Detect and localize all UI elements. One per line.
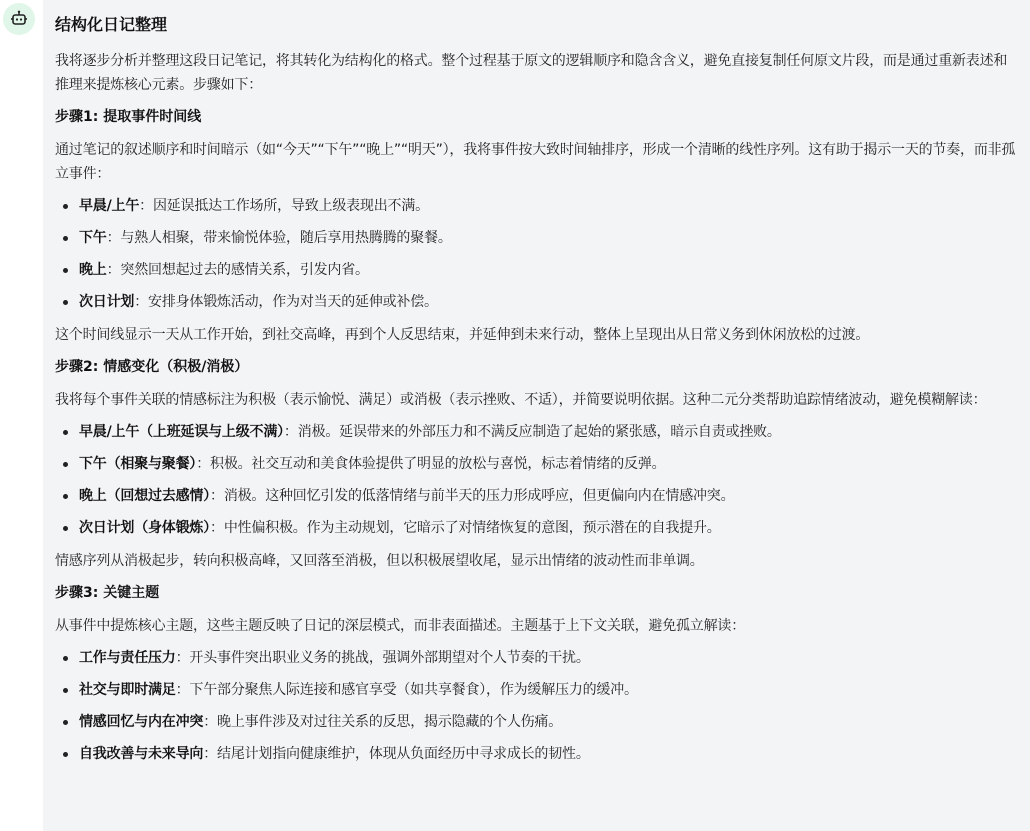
item-label: 自我改善与未来导向 xyxy=(79,746,203,762)
bullet-icon xyxy=(63,268,68,273)
item-sep: ： xyxy=(107,230,121,246)
item-text: 下午部分聚焦人际连接和感官享受（如共享餐食），作为缓解压力的缓冲。 xyxy=(189,682,637,698)
list-item: 下午：与熟人相聚，带来愉悦体验，随后享用热腾腾的聚餐。 xyxy=(55,227,1018,249)
message-intro: 我将逐步分析并整理这段日记笔记，将其转化为结构化的格式。整个过程基于原文的逻辑顺… xyxy=(55,49,1018,97)
item-sep: ： xyxy=(210,520,224,536)
assistant-message: 结构化日记整理 我将逐步分析并整理这段日记笔记，将其转化为结构化的格式。整个过程… xyxy=(43,0,1030,831)
step-2-heading: 步骤2: 情感变化（积极/消极） xyxy=(55,356,1018,378)
step-3-intro: 从事件中提炼核心主题，这些主题反映了日记的深层模式，而非表面描述。主题基于上下文… xyxy=(55,614,1018,638)
bullet-icon xyxy=(63,430,68,435)
robot-icon xyxy=(10,10,28,28)
assistant-avatar xyxy=(3,3,35,35)
item-sep: ： xyxy=(284,424,298,440)
bullet-icon xyxy=(63,494,68,499)
list-item: 晚上：突然回想起过去的感情关系，引发内省。 xyxy=(55,259,1018,281)
step-3-heading: 步骤3: 关键主题 xyxy=(55,582,1018,604)
item-label: 早晨/上午（上班延误与上级不满） xyxy=(79,424,284,440)
list-item: 自我改善与未来导向：结尾计划指向健康维护，体现从负面经历中寻求成长的韧性。 xyxy=(55,743,1018,765)
item-text: 安排身体锻炼活动，作为对当天的延伸或补偿。 xyxy=(148,294,438,310)
item-text: 中性偏积极。作为主动规划，它暗示了对情绪恢复的意图，预示潜在的自我提升。 xyxy=(224,520,721,536)
item-text: 积极。社交互动和美食体验提供了明显的放松与喜悦，标志着情绪的反弹。 xyxy=(210,456,665,472)
list-item: 次日计划：安排身体锻炼活动，作为对当天的延伸或补偿。 xyxy=(55,291,1018,313)
item-label: 工作与责任压力 xyxy=(79,650,176,666)
item-text: 因延误抵达工作场所，导致上级表现出不满。 xyxy=(153,198,429,214)
bullet-icon xyxy=(63,720,68,725)
list-item: 社交与即时满足：下午部分聚焦人际连接和感官享受（如共享餐食），作为缓解压力的缓冲… xyxy=(55,679,1018,701)
item-label: 下午（相聚与聚餐） xyxy=(79,456,196,472)
item-label: 次日计划（身体锻炼） xyxy=(79,520,210,536)
list-item: 下午（相聚与聚餐）：积极。社交互动和美食体验提供了明显的放松与喜悦，标志着情绪的… xyxy=(55,453,1018,475)
step-2-summary: 情感序列从消极起步，转向积极高峰，又回落至消极，但以积极展望收尾，显示出情绪的波… xyxy=(55,549,1018,573)
item-label: 下午 xyxy=(79,230,107,246)
item-label: 早晨/上午 xyxy=(79,198,139,214)
step-1-summary: 这个时间线显示一天从工作开始，到社交高峰，再到个人反思结束，并延伸到未来行动，整… xyxy=(55,323,1018,347)
list-item: 早晨/上午（上班延误与上级不满）：消极。延误带来的外部压力和不满反应制造了起始的… xyxy=(55,421,1018,443)
item-text: 消极。这种回忆引发的低落情绪与前半天的压力形成呼应，但更偏向内在情感冲突。 xyxy=(224,488,735,504)
step-3-list: 工作与责任压力：开头事件突出职业义务的挑战，强调外部期望对个人节奏的干扰。 社交… xyxy=(55,647,1018,765)
item-text: 突然回想起过去的感情关系，引发内省。 xyxy=(120,262,368,278)
bullet-icon xyxy=(63,236,68,241)
item-label: 情感回忆与内在冲突 xyxy=(79,714,203,730)
item-sep: ： xyxy=(196,456,210,472)
item-label: 晚上 xyxy=(79,262,107,278)
item-sep: ： xyxy=(203,746,217,762)
item-text: 结尾计划指向健康维护，体现从负面经历中寻求成长的韧性。 xyxy=(217,746,590,762)
step-1-heading: 步骤1: 提取事件时间线 xyxy=(55,106,1018,128)
step-2-list: 早晨/上午（上班延误与上级不满）：消极。延误带来的外部压力和不满反应制造了起始的… xyxy=(55,421,1018,539)
item-sep: ： xyxy=(176,682,190,698)
item-sep: ： xyxy=(134,294,148,310)
bullet-icon xyxy=(63,462,68,467)
item-sep: ： xyxy=(139,198,153,214)
item-label: 次日计划 xyxy=(79,294,134,310)
bullet-icon xyxy=(63,656,68,661)
item-sep: ： xyxy=(210,488,224,504)
bullet-icon xyxy=(63,526,68,531)
step-1-list: 早晨/上午：因延误抵达工作场所，导致上级表现出不满。 下午：与熟人相聚，带来愉悦… xyxy=(55,195,1018,313)
item-text: 晚上事件涉及对过往关系的反思，揭示隐藏的个人伤痛。 xyxy=(217,714,562,730)
item-sep: ： xyxy=(203,714,217,730)
item-sep: ： xyxy=(107,262,121,278)
item-sep: ： xyxy=(176,650,190,666)
item-text: 消极。延误带来的外部压力和不满反应制造了起始的紧张感，暗示自责或挫败。 xyxy=(298,424,781,440)
list-item: 早晨/上午：因延误抵达工作场所，导致上级表现出不满。 xyxy=(55,195,1018,217)
item-text: 开头事件突出职业义务的挑战，强调外部期望对个人节奏的干扰。 xyxy=(189,650,589,666)
list-item: 次日计划（身体锻炼）：中性偏积极。作为主动规划，它暗示了对情绪恢复的意图，预示潜… xyxy=(55,517,1018,539)
bullet-icon xyxy=(63,752,68,757)
bullet-icon xyxy=(63,300,68,305)
message-title: 结构化日记整理 xyxy=(55,14,1018,36)
item-label: 晚上（回想过去感情） xyxy=(79,488,210,504)
bullet-icon xyxy=(63,688,68,693)
list-item: 晚上（回想过去感情）：消极。这种回忆引发的低落情绪与前半天的压力形成呼应，但更偏… xyxy=(55,485,1018,507)
bullet-icon xyxy=(63,204,68,209)
step-1-intro: 通过笔记的叙述顺序和时间暗示（如“今天”“下午”“晚上”“明天”），我将事件按大… xyxy=(55,138,1018,186)
item-text: 与熟人相聚，带来愉悦体验，随后享用热腾腾的聚餐。 xyxy=(120,230,451,246)
item-label: 社交与即时满足 xyxy=(79,682,176,698)
step-2-intro: 我将每个事件关联的情感标注为积极（表示愉悦、满足）或消极（表示挫败、不适），并简… xyxy=(55,388,1018,412)
list-item: 情感回忆与内在冲突：晚上事件涉及对过往关系的反思，揭示隐藏的个人伤痛。 xyxy=(55,711,1018,733)
list-item: 工作与责任压力：开头事件突出职业义务的挑战，强调外部期望对个人节奏的干扰。 xyxy=(55,647,1018,669)
